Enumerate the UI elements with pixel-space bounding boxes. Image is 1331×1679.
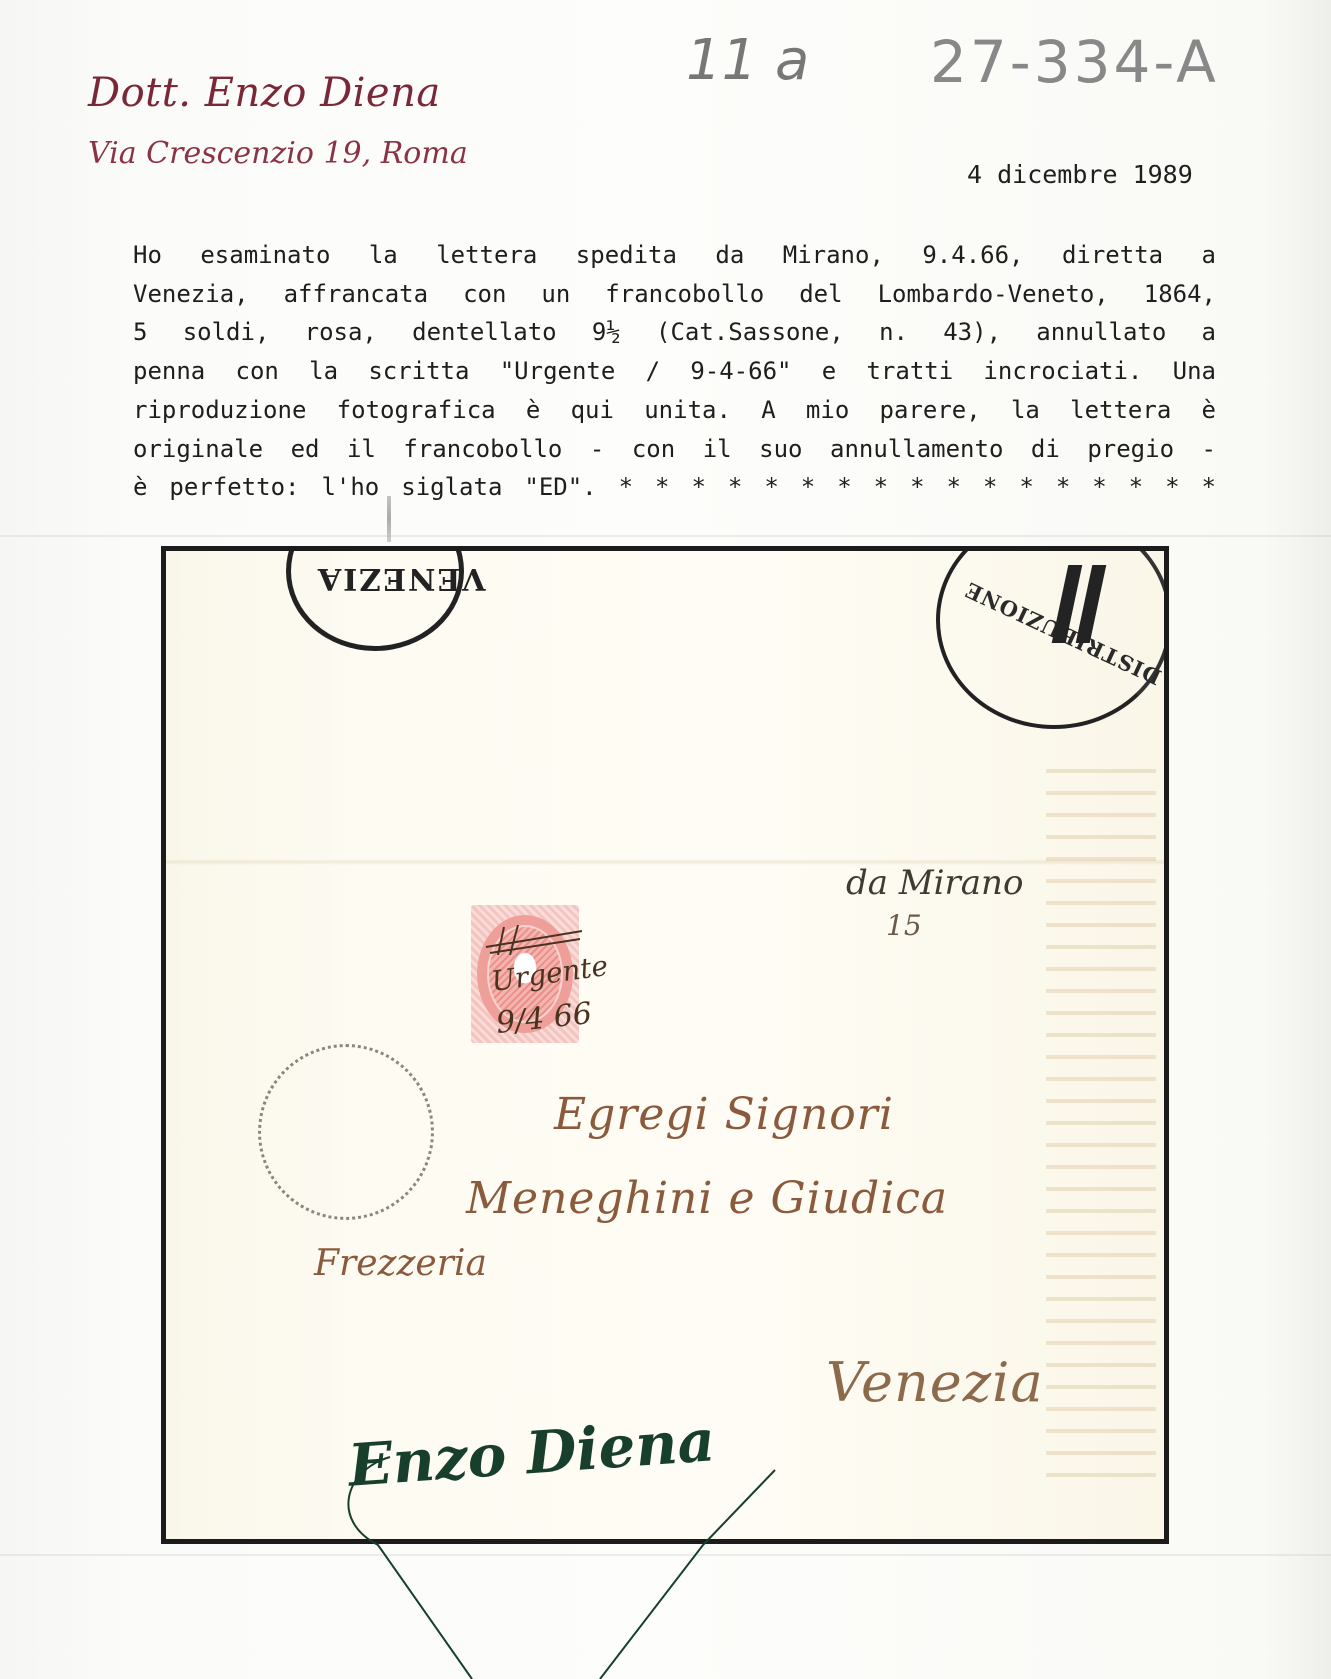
certificate-line: Ho esaminato la lettera spedita da Miran… xyxy=(133,236,1216,275)
certificate-line: penna con la scritta "Urgente / 9-4-66" … xyxy=(133,352,1216,391)
pen-cross-strokes-icon xyxy=(484,925,584,955)
postmark-venezia-text: VENEZIA xyxy=(316,561,486,596)
handwritten-ref-number: 27-334-A xyxy=(930,28,1219,96)
cover-photograph: VENEZIA DISTRIBUZIONE ❂ Urgente 9/4 66 d… xyxy=(161,546,1169,1544)
faint-postmark-icon xyxy=(258,1044,434,1220)
letterhead-name: Dott. Enzo Diena xyxy=(88,70,441,116)
pencil-mark xyxy=(387,496,391,542)
certificate-line: Venezia, affrancata con un francobollo d… xyxy=(133,275,1216,314)
certificate-line: originale ed il francobollo - con il suo… xyxy=(133,430,1216,469)
postmark-numeral-icon xyxy=(1054,565,1104,645)
certificate-body: Ho esaminato la lettera spedita da Miran… xyxy=(133,236,1216,507)
address-line: Venezia xyxy=(826,1351,1044,1414)
page-fold-line xyxy=(0,535,1331,537)
origin-note: da Mirano xyxy=(846,863,1023,903)
address-line: Meneghini e Giudica xyxy=(466,1173,948,1224)
page-fold-line xyxy=(0,1554,1331,1556)
rate-note: 15 xyxy=(886,909,922,942)
letterhead-address: Via Crescenzio 19, Roma xyxy=(88,136,468,171)
certificate-line: è perfetto: l'ho siglata "ED". * * * * *… xyxy=(133,468,1216,507)
handwritten-ref-small: 11 a xyxy=(686,28,809,93)
address-line: Egregi Signori xyxy=(554,1089,894,1140)
show-through-writing xyxy=(1046,751,1156,1491)
certificate-line: 5 soldi, rosa, dentellato 9½ (Cat.Sasson… xyxy=(133,313,1216,352)
certificate-date: 4 dicembre 1989 xyxy=(967,160,1193,189)
certificate-line: riproduzione fotografica è qui unita. A … xyxy=(133,391,1216,430)
address-line: Frezzeria xyxy=(314,1243,487,1284)
